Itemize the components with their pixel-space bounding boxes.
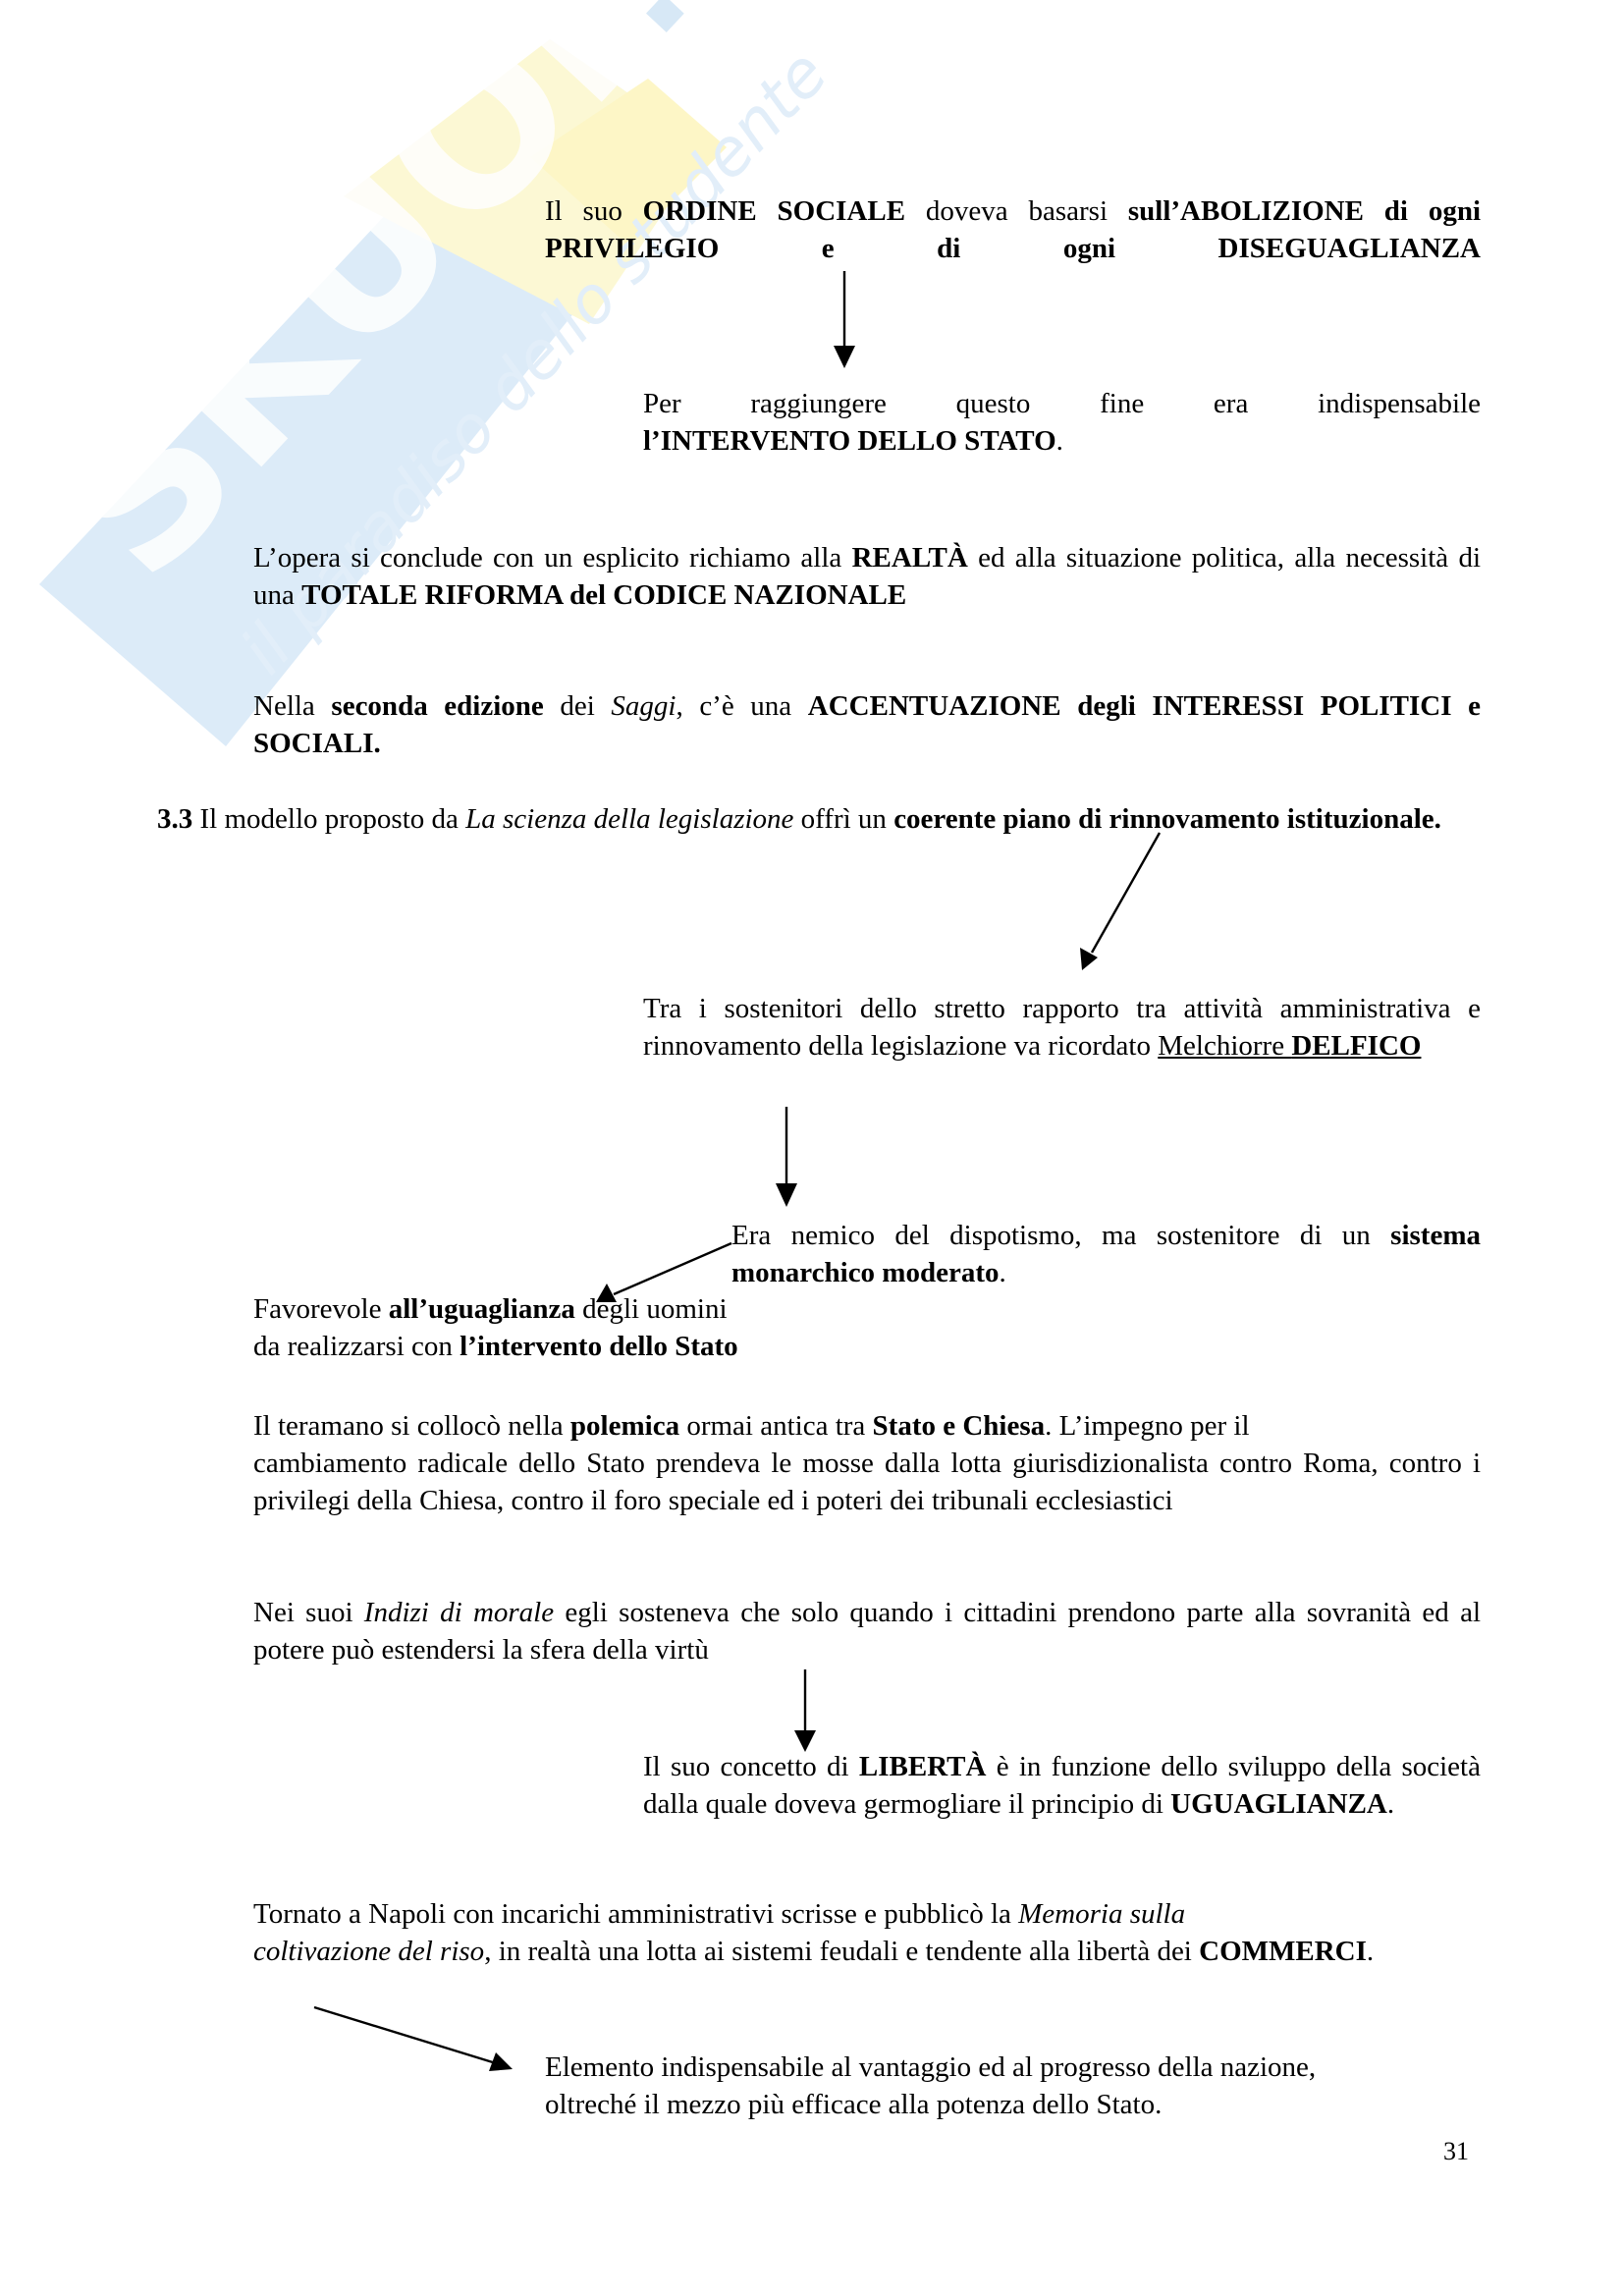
paragraph-elemento-indispensabile: Elemento indispensabile al vantaggio ed … — [545, 2049, 1488, 2123]
document-page: SKUOLA .net il paradiso dello studente I… — [0, 0, 1623, 2296]
paragraph-delfico: Tra i sostenitori dello stretto rapporto… — [643, 990, 1481, 1065]
paragraph-memoria-riso: Tornato a Napoli con incarichi amministr… — [253, 1895, 1481, 1970]
paragraph-stato-chiesa: Il teramano si collocò nella polemica or… — [253, 1407, 1481, 1519]
paragraph-intervento-stato: Per raggiungere questo fine era indispen… — [643, 385, 1481, 460]
arrow-down-icon — [834, 271, 855, 368]
paragraph-ordine-sociale: Il suo ORDINE SOCIALE doveva basarsi sul… — [545, 192, 1481, 267]
italic-scienza-legislazione: La scienza della legislazione — [465, 803, 793, 835]
watermark-logo-icon: SKUOLA .net il paradiso dello studente — [7, 0, 917, 746]
italic-coltivazione-riso: coltivazione del riso — [253, 1936, 484, 1967]
page-number: 31 — [1443, 2137, 1469, 2166]
italic-saggi: Saggi — [611, 690, 676, 722]
section-number: 3.3 — [157, 803, 192, 835]
svg-text:.net: .net — [557, 0, 907, 68]
svg-text:SKUOLA: SKUOLA — [7, 0, 823, 623]
arrow-diagonal-icon — [314, 2007, 513, 2071]
arrow-down-icon — [794, 1669, 816, 1752]
italic-indizi-di-morale: Indizi di morale — [364, 1597, 554, 1628]
arrow-diagonal-icon — [1080, 833, 1160, 970]
bold-ordine-sociale: ORDINE SOCIALE — [643, 195, 905, 227]
paragraph-indizi-morale: Nei suoi Indizi di morale egli sosteneva… — [253, 1594, 1481, 1668]
paragraph-seconda-edizione: Nella seconda edizione dei Saggi, c’è un… — [253, 687, 1481, 762]
paragraph-nemico-dispotismo: Era nemico del dispotismo, ma sostenitor… — [731, 1217, 1481, 1291]
paragraph-liberta: Il suo concetto di LIBERTÀ è in funzione… — [643, 1748, 1481, 1823]
arrow-down-icon — [776, 1107, 797, 1207]
section-3-3: 3.3 Il modello proposto da La scienza de… — [157, 800, 1481, 838]
bold-intervento-stato: l’INTERVENTO DELLO STATO — [643, 425, 1056, 457]
underlined-melchiorre-delfico: Melchiorre DELFICO — [1158, 1030, 1421, 1062]
bold-totale-riforma: TOTALE RIFORMA del CODICE NAZIONALE — [301, 579, 906, 611]
paragraph-realta: L’opera si conclude con un esplicito ric… — [253, 539, 1481, 614]
paragraph-uguaglianza: Favorevole all’uguaglianza degli uomini … — [253, 1290, 862, 1365]
